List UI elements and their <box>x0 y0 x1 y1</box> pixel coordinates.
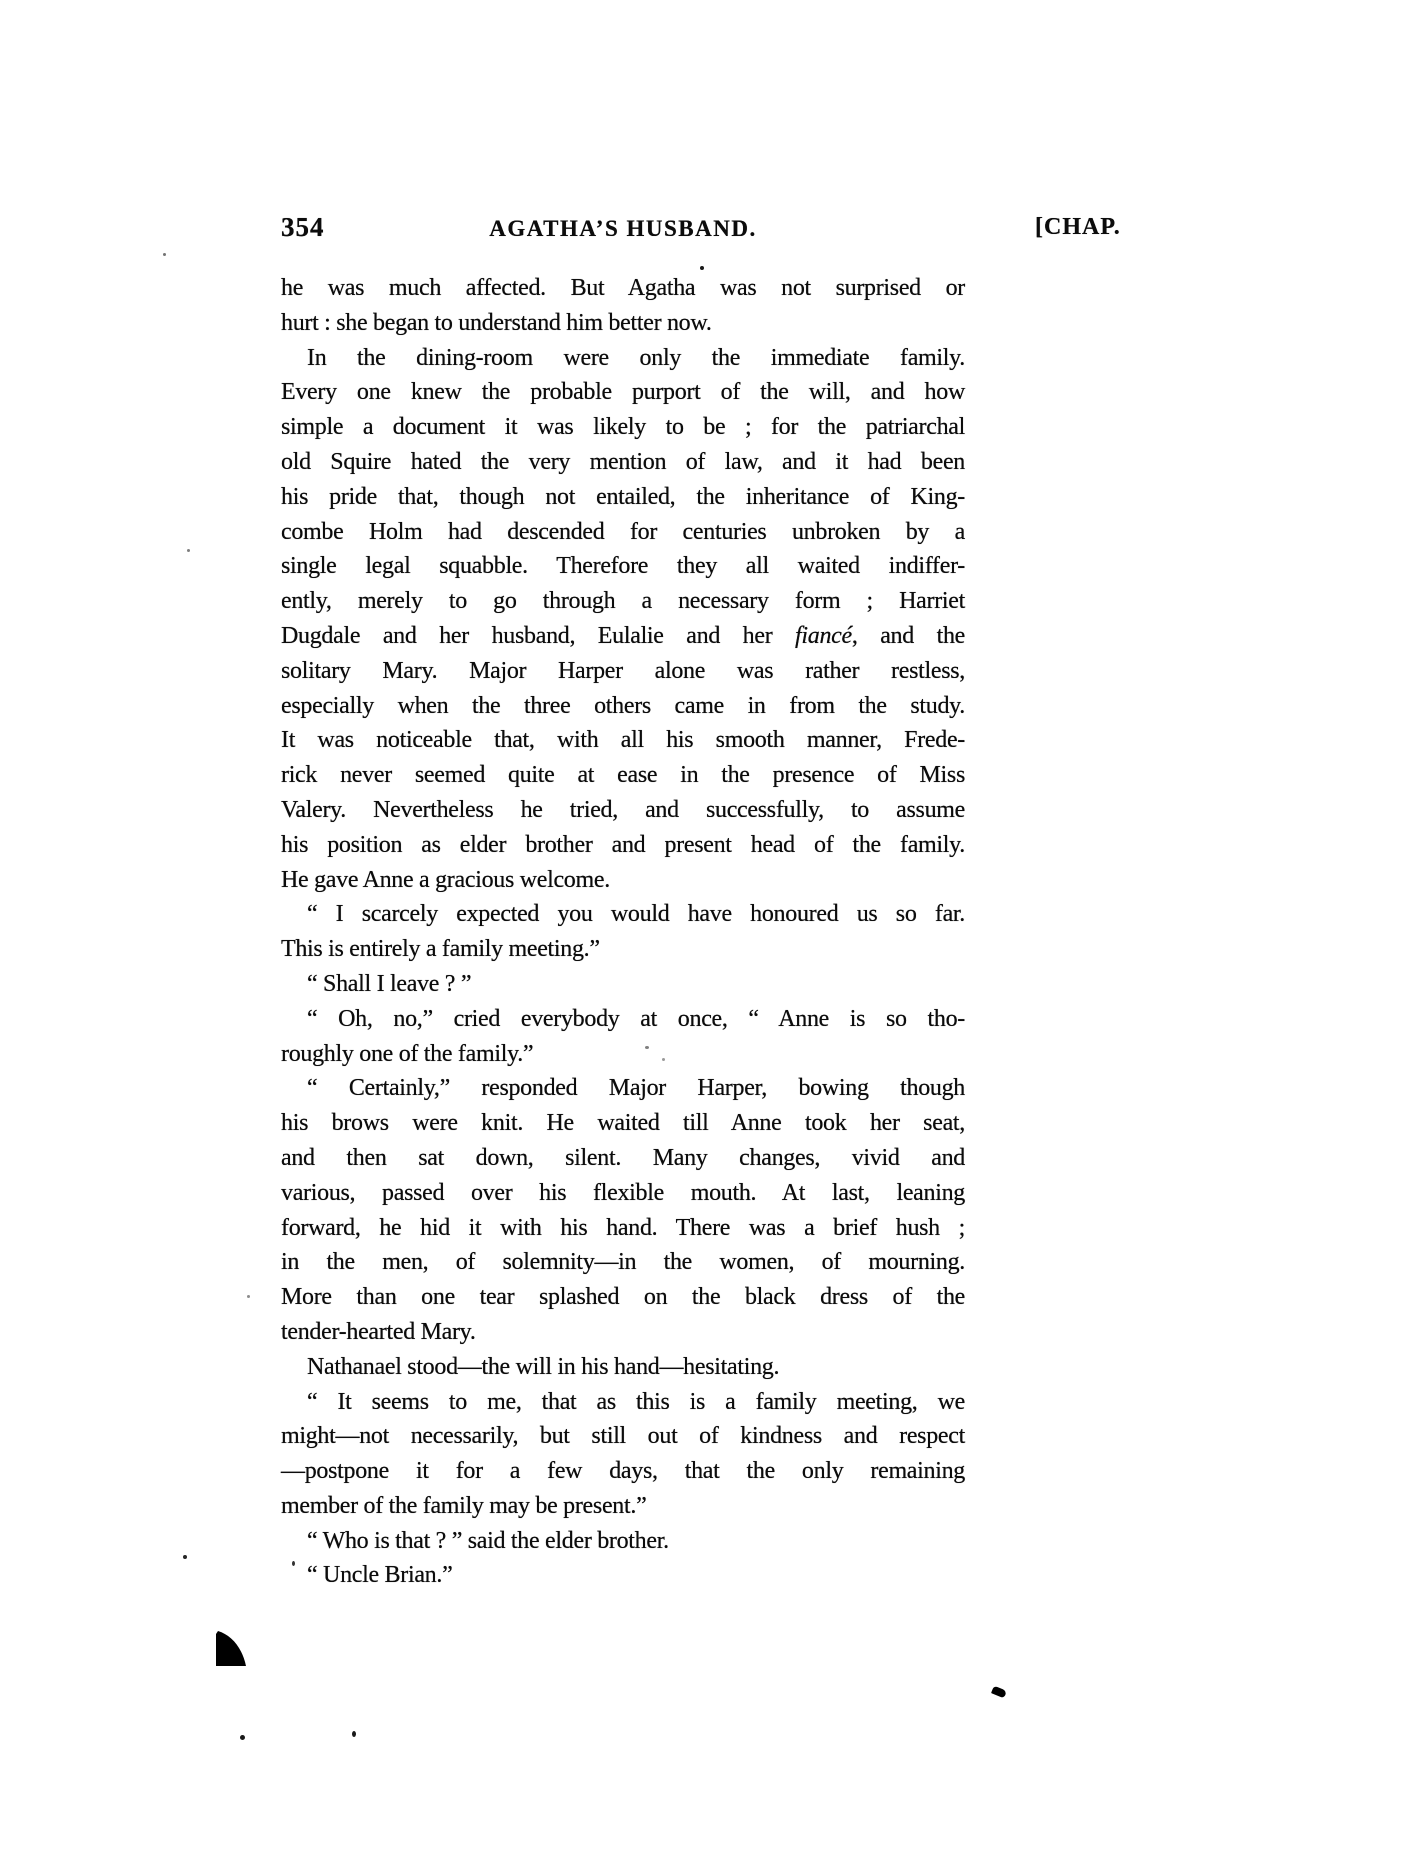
text-line: Every one knew the probable purport of t… <box>281 375 965 410</box>
text-line: tender-hearted Mary. <box>281 1315 965 1350</box>
text-line: “ It seems to me, that as this is a fami… <box>281 1385 965 1420</box>
ink-speck <box>163 253 166 256</box>
text-line: various, passed over his flexible mouth.… <box>281 1176 965 1211</box>
text-line: It was noticeable that, with all his smo… <box>281 723 965 758</box>
text-line: ently, merely to go through a necessary … <box>281 584 965 619</box>
text-line: and then sat down, silent. Many changes,… <box>281 1141 965 1176</box>
book-page: 354 AGATHA’S HUSBAND. [CHAP. he was much… <box>0 0 1402 1851</box>
ink-speck <box>183 1555 187 1559</box>
text-line: In the dining-room were only the immedia… <box>281 341 965 376</box>
ink-speck <box>240 1735 245 1740</box>
ink-speck <box>187 549 190 552</box>
text-line: he was much affected. But Agatha was not… <box>281 271 965 306</box>
text-line: More than one tear splashed on the black… <box>281 1280 965 1315</box>
ink-tick <box>991 1686 1007 1699</box>
text-line: in the men, of solemnity—in the women, o… <box>281 1245 965 1280</box>
text-line: roughly one of the family.” <box>281 1037 965 1072</box>
text-line: Dugdale and her husband, Eulalie and her… <box>281 619 965 654</box>
text-line: might—not necessarily, but still out of … <box>281 1419 965 1454</box>
ink-speck <box>292 1561 295 1566</box>
ink-speck <box>700 266 704 270</box>
text-line: his brows were knit. He waited till Anne… <box>281 1106 965 1141</box>
text-line: single legal squabble. Therefore they al… <box>281 549 965 584</box>
running-title: AGATHA’S HUSBAND. <box>281 216 965 242</box>
text-line: rick never seemed quite at ease in the p… <box>281 758 965 793</box>
text-line: “ Oh, no,” cried everybody at once, “ An… <box>281 1002 965 1037</box>
text-line: Nathanael stood—the will in his hand—hes… <box>281 1350 965 1385</box>
page-body: he was much affected. But Agatha was not… <box>281 271 965 1593</box>
text-line: forward, he hid it with his hand. There … <box>281 1211 965 1246</box>
ink-speck <box>662 1058 665 1061</box>
text-line: solitary Mary. Major Harper alone was ra… <box>281 654 965 689</box>
text-line: “ I scarcely expected you would have hon… <box>281 897 965 932</box>
page-header: 354 AGATHA’S HUSBAND. [CHAP. <box>281 212 965 254</box>
text-line: —postpone it for a few days, that the on… <box>281 1454 965 1489</box>
text-line: He gave Anne a gracious welcome. <box>281 863 965 898</box>
text-line: Valery. Nevertheless he tried, and succe… <box>281 793 965 828</box>
text-line: simple a document it was likely to be ; … <box>281 410 965 445</box>
text-line: old Squire hated the very mention of law… <box>281 445 965 480</box>
text-line: “ Uncle Brian.” <box>281 1558 965 1593</box>
chapter-mark: [CHAP. <box>1035 214 1121 241</box>
text-line: combe Holm had descended for centuries u… <box>281 515 965 550</box>
text-line: his pride that, though not entailed, the… <box>281 480 965 515</box>
ink-speck <box>645 1046 649 1049</box>
text-line: “ Certainly,” responded Major Harper, bo… <box>281 1071 965 1106</box>
text-line: especially when the three others came in… <box>281 689 965 724</box>
text-line: This is entirely a family meeting.” <box>281 932 965 967</box>
text-line: his position as elder brother and presen… <box>281 828 965 863</box>
text-line: member of the family may be present.” <box>281 1489 965 1524</box>
ink-speck <box>247 1295 250 1298</box>
text-line: “ Who is that ? ” said the elder brother… <box>281 1524 965 1559</box>
text-line: “ Shall I leave ? ” <box>281 967 965 1002</box>
ink-blot <box>216 1631 247 1666</box>
text-line: hurt : she began to understand him bette… <box>281 306 965 341</box>
ink-speck <box>352 1731 356 1737</box>
